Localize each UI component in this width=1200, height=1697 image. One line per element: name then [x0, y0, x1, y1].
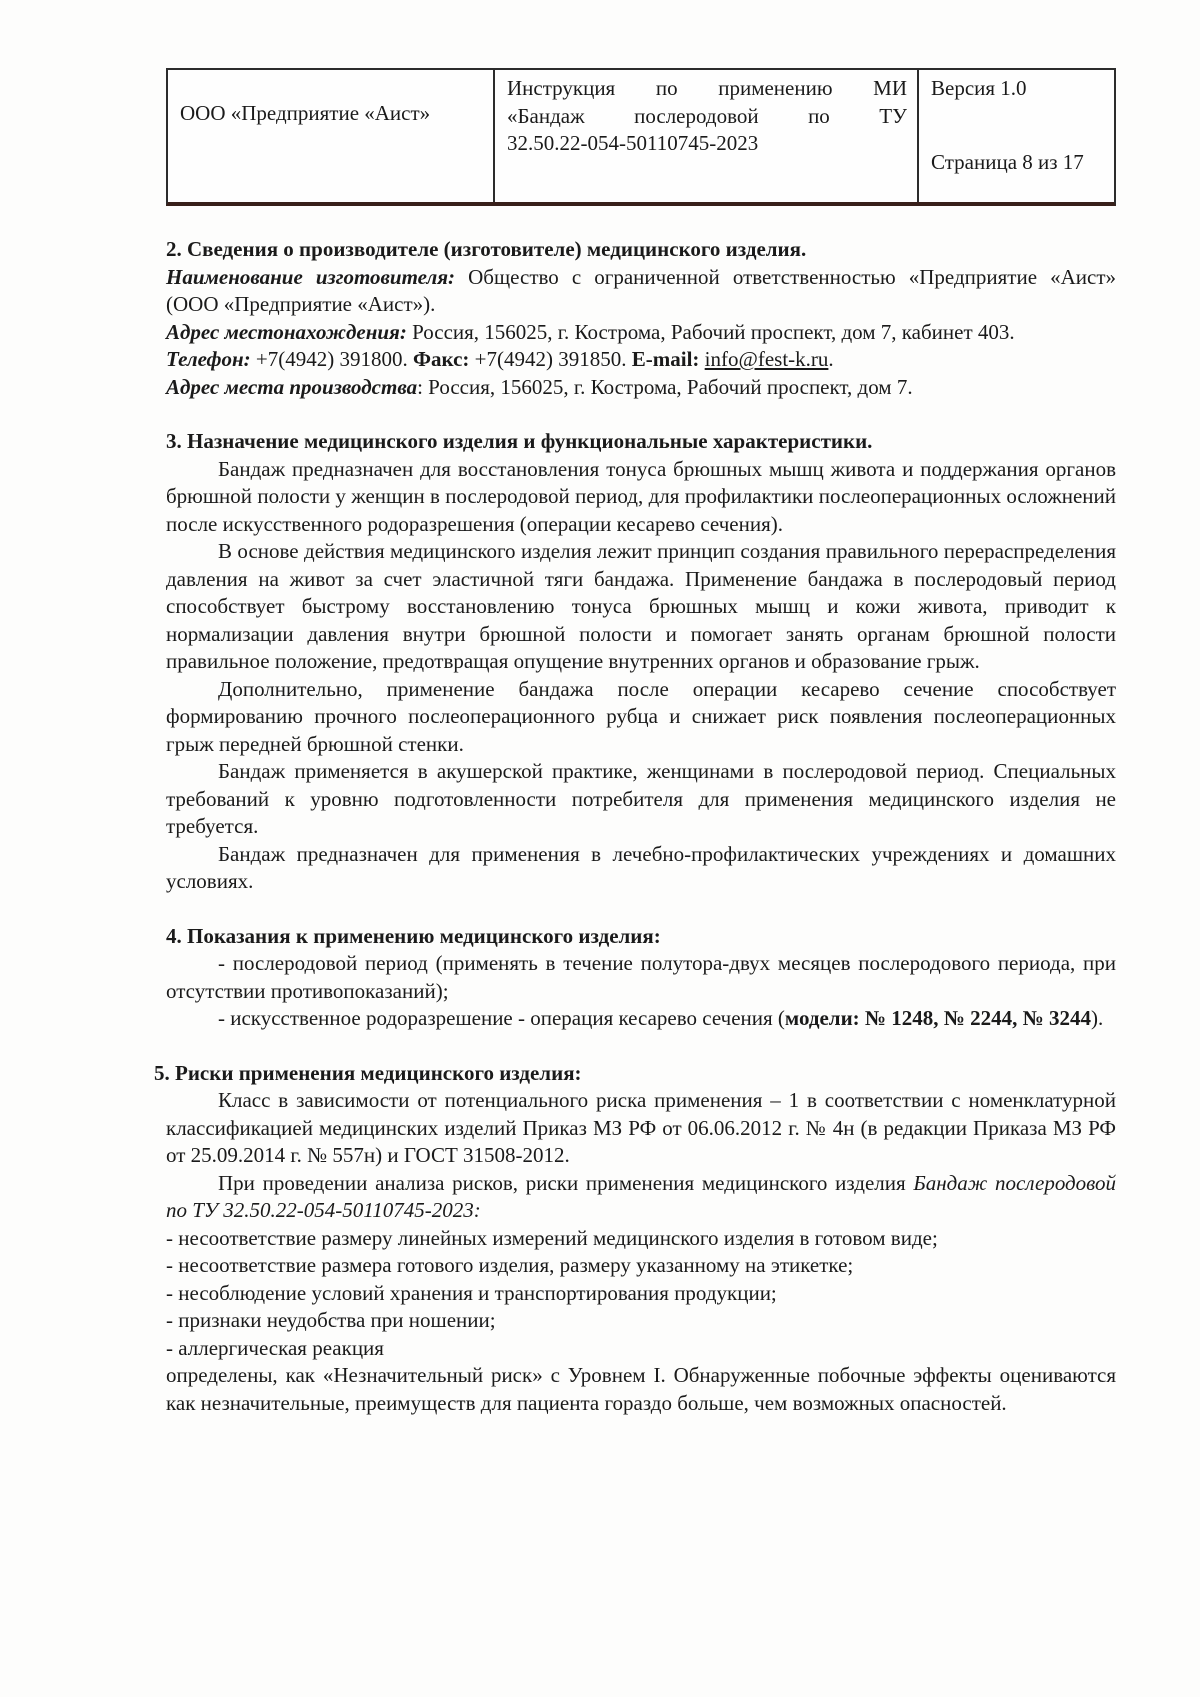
risk-list-item: - несоответствие размеру линейных измере…	[166, 1225, 1116, 1253]
company-cell: ООО «Предприятие «Аист»	[168, 70, 495, 202]
production-address-label: Адрес места производства	[166, 375, 417, 399]
section-4-heading: 4. Показания к применению медицинского и…	[166, 923, 1116, 951]
production-address-value: : Россия, 156025, г. Кострома, Рабочий п…	[417, 375, 913, 399]
version-page-cell: Версия 1.0 Страница 8 из 17	[919, 70, 1118, 202]
purpose-paragraph: Бандаж предназначен для восстановления т…	[166, 456, 1116, 539]
risk-list-item: - аллергическая реакция	[166, 1335, 1116, 1363]
risk-list-item: - несоблюдение условий хранения и трансп…	[166, 1280, 1116, 1308]
indication-models: модели: № 1248, № 2244, № 3244	[785, 1006, 1091, 1030]
document-title-line: Инструкция по применению МИ	[507, 75, 907, 103]
page-number-label: Страница 8 из 17	[931, 149, 1108, 177]
risk-class-paragraph: Класс в зависимости от потенциального ри…	[166, 1087, 1116, 1170]
email-label: E-mail:	[632, 347, 700, 371]
risk-conclusion-paragraph: определены, как «Незначительный риск» с …	[166, 1362, 1116, 1417]
risk-analysis-text: При проведении анализа рисков, риски при…	[218, 1171, 913, 1195]
additional-effect-paragraph: Дополнительно, применение бандажа после …	[166, 676, 1116, 759]
document-header-table: ООО «Предприятие «Аист» Инструкция по пр…	[166, 68, 1116, 206]
risk-list-item: - несоответствие размера готового издели…	[166, 1252, 1116, 1280]
document-title-line: 32.50.22-054-50110745-2023	[507, 130, 907, 158]
email-period: .	[828, 347, 833, 371]
manufacturer-line: Наименование изготовителя: Общество с ог…	[166, 264, 1116, 319]
phone-value: +7(4942) 391800.	[251, 347, 413, 371]
phone-fax-email-line: Телефон: +7(4942) 391800. Факс: +7(4942)…	[166, 346, 1116, 374]
usage-places-paragraph: Бандаж предназначен для применения в леч…	[166, 841, 1116, 896]
fax-label: Факс:	[413, 347, 469, 371]
section-2-heading: 2. Сведения о производителе (изготовител…	[166, 236, 1116, 264]
version-label: Версия 1.0	[931, 75, 1108, 103]
section-5-heading: 5. Риски применения медицинского изделия…	[154, 1060, 1116, 1088]
indication-item-text: - искусственное родоразрешение - операци…	[218, 1006, 785, 1030]
document-title-cell: Инструкция по применению МИ «Бандаж посл…	[495, 70, 919, 202]
document-content: ООО «Предприятие «Аист» Инструкция по пр…	[166, 68, 1116, 1417]
email-link: info@fest-k.ru	[705, 347, 829, 371]
risk-analysis-paragraph: При проведении анализа рисков, риски при…	[166, 1170, 1116, 1225]
scanned-document-page: { "colors": { "page_background": "#fdfdf…	[0, 0, 1200, 1697]
indication-item-end: ).	[1091, 1006, 1103, 1030]
address-value: Россия, 156025, г. Кострома, Рабочий про…	[407, 320, 1015, 344]
fax-value: +7(4942) 391850.	[469, 347, 631, 371]
address-line: Адрес местонахождения: Россия, 156025, г…	[166, 319, 1116, 347]
phone-label: Телефон:	[166, 347, 251, 371]
production-address-line: Адрес места производства: Россия, 156025…	[166, 374, 1116, 402]
risk-list-item: - признаки неудобства при ношении;	[166, 1307, 1116, 1335]
manufacturer-label: Наименование изготовителя:	[166, 265, 455, 289]
action-principle-paragraph: В основе действия медицинского изделия л…	[166, 538, 1116, 676]
usage-practice-paragraph: Бандаж применяется в акушерской практике…	[166, 758, 1116, 841]
address-label: Адрес местонахождения:	[166, 320, 407, 344]
indication-item: - послеродовой период (применять в течен…	[166, 950, 1116, 1005]
document-title-line: «Бандаж послеродовой по ТУ	[507, 103, 907, 131]
section-3-heading: 3. Назначение медицинского изделия и фун…	[166, 428, 1116, 456]
company-name: ООО «Предприятие «Аист»	[180, 101, 430, 125]
indication-item: - искусственное родоразрешение - операци…	[166, 1005, 1116, 1033]
